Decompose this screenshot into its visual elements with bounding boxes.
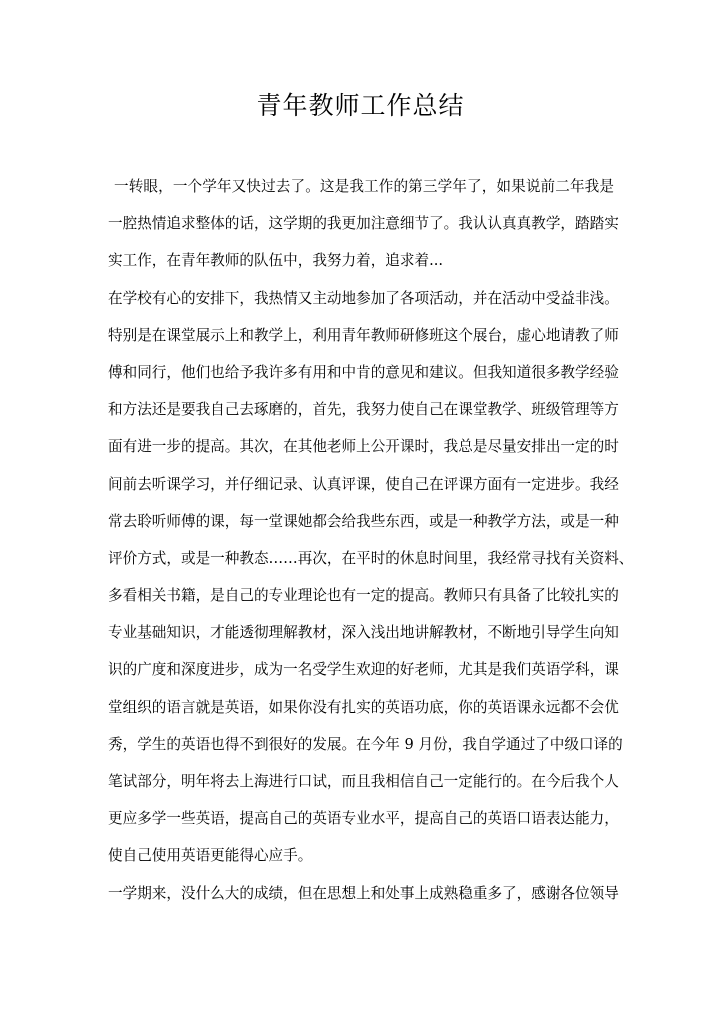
document-page: 青年教师工作总结 一转眼，一个学年又快过去了。这是我工作的第三学年了，如果说前二…	[0, 0, 721, 1020]
paragraph-line: 一腔热情追求整体的话，这学期的我更加注意细节了。我认认真真教学，踏踏实	[108, 205, 614, 242]
paragraph-line: 傅和同行，他们也给予我许多有用和中肯的意见和建议。但我知道很多教学经验	[108, 354, 614, 391]
paragraph-line: 常去聆听师傅的课，每一堂课她都会给我些东西，或是一种教学方法，或是一种	[108, 503, 614, 540]
paragraph-line: 更应多学一些英语，提高自己的英语专业水平，提高自己的英语口语表达能力，	[108, 800, 614, 837]
paragraph-line: 评价方式，或是一种教态……再次，在平时的休息时间里，我经常寻找有关资料、	[108, 540, 614, 577]
paragraph-line: 识的广度和深度进步，成为一名受学生欢迎的好老师，尤其是我们英语学科，课	[108, 651, 614, 688]
paragraph-line: 在学校有心的安排下，我热情又主动地参加了各项活动，并在活动中受益非浅。	[108, 280, 614, 317]
paragraph-line: 多看相关书籍，是自己的专业理论也有一定的提高。教师只有具备了比较扎实的	[108, 577, 614, 614]
document-body: 一转眼，一个学年又快过去了。这是我工作的第三学年了，如果说前二年我是 一腔热情追…	[108, 168, 614, 912]
document-title: 青年教师工作总结	[0, 88, 721, 124]
paragraph-line: 笔试部分，明年将去上海进行口试，而且我相信自己一定能行的。在今后我个人	[108, 763, 614, 800]
paragraph-line: 堂组织的语言就是英语，如果你没有扎实的英语功底，你的英语课永远都不会优	[108, 689, 614, 726]
paragraph-line: 面有进一步的提高。其次，在其他老师上公开课时，我总是尽量安排出一定的时	[108, 428, 614, 465]
paragraph-line: 实工作，在青年教师的队伍中，我努力着，追求着...	[108, 242, 614, 279]
paragraph-line: 一转眼，一个学年又快过去了。这是我工作的第三学年了，如果说前二年我是	[108, 168, 614, 205]
paragraph-line: 间前去听课学习，并仔细记录、认真评课，使自己在评课方面有一定进步。我经	[108, 466, 614, 503]
paragraph-line: 使自己使用英语更能得心应手。	[108, 837, 614, 874]
paragraph-line: 专业基础知识，才能透彻理解教材，深入浅出地讲解教材，不断地引导学生向知	[108, 614, 614, 651]
paragraph-line: 一学期来，没什么大的成绩，但在思想上和处事上成熟稳重多了，感谢各位领导	[108, 875, 614, 912]
paragraph-line: 秀，学生的英语也得不到很好的发展。在今年 9 月份，我自学通过了中级口译的	[108, 726, 614, 763]
paragraph-line: 特别是在课堂展示上和教学上，利用青年教师研修班这个展台，虚心地请教了师	[108, 317, 614, 354]
paragraph-line: 和方法还是要我自己去琢磨的，首先，我努力使自己在课堂教学、班级管理等方	[108, 391, 614, 428]
